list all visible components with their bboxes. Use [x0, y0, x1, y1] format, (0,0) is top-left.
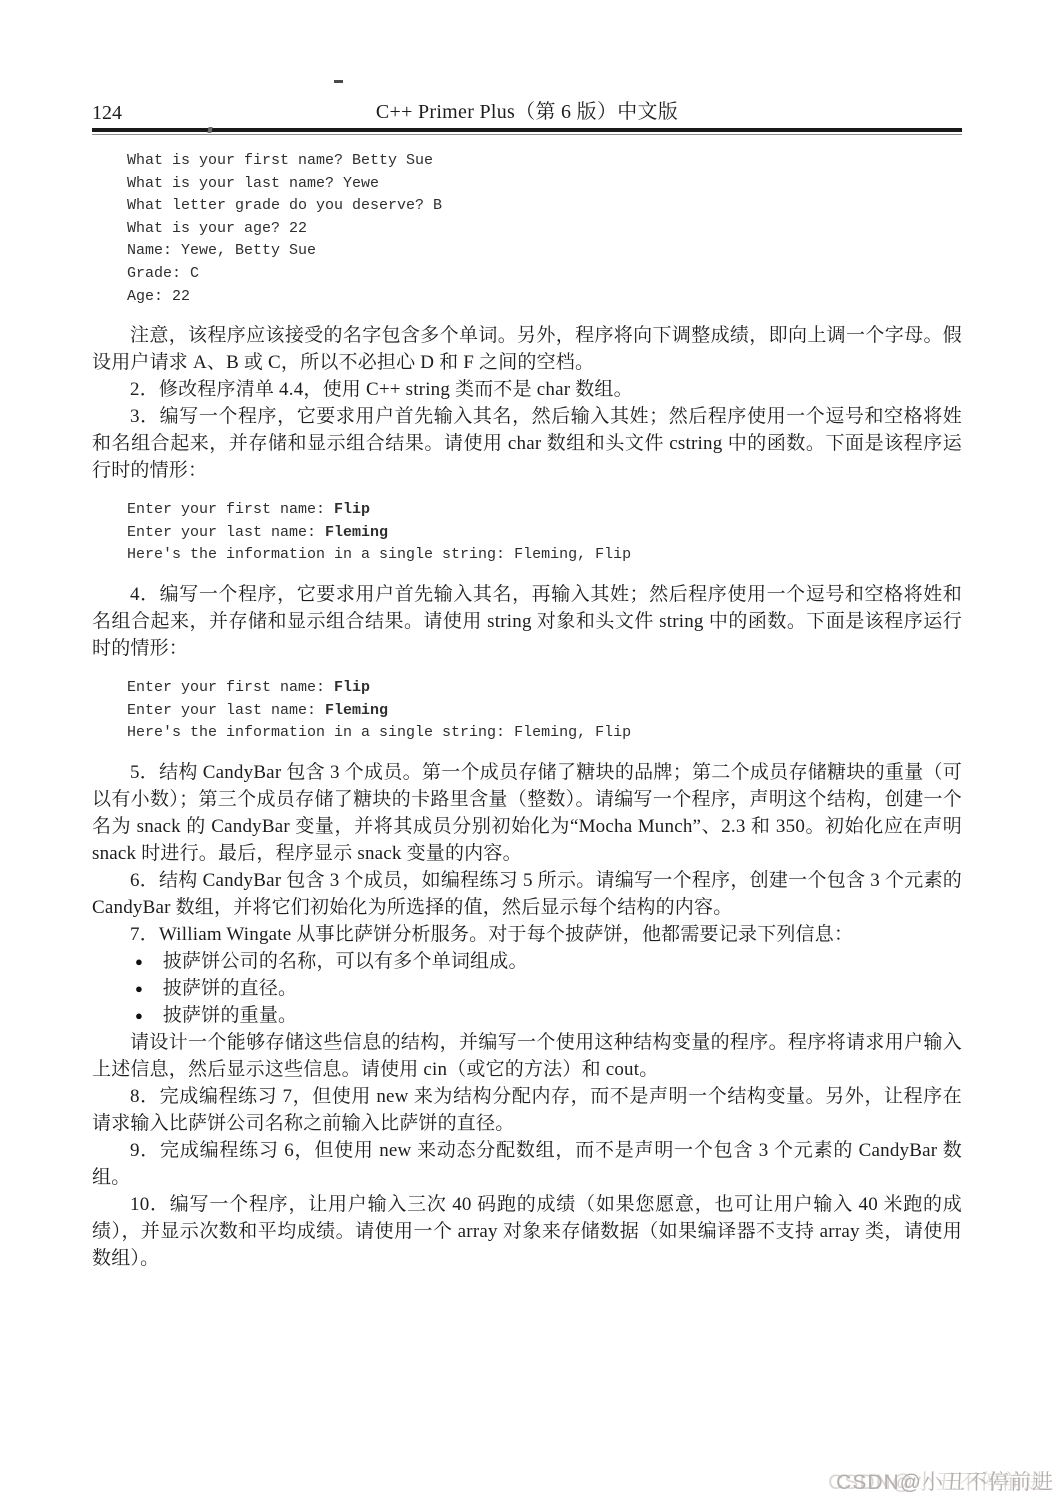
program-output-text: Enter your first name:: [127, 679, 334, 696]
exercise-5: 5．结构 CandyBar 包含 3 个成员。第一个成员存储了糖块的品牌；第二个…: [92, 759, 962, 867]
exercise-7: 7．William Wingate 从事比萨饼分析服务。对于每个披萨饼，他都需要…: [92, 921, 962, 948]
program-output-text: What letter grade do you deserve? B: [127, 197, 442, 214]
page-header-title: C++ Primer Plus（第 6 版）中文版: [92, 101, 962, 123]
exercise-9: 9．完成编程练习 6，但使用 new 来动态分配数组，而不是声明一个包含 3 个…: [92, 1137, 962, 1191]
bullet-label: 披萨饼的重量。: [163, 1002, 297, 1029]
code-line: Age: 22: [127, 286, 962, 309]
program-output-text: What is your last name? Yewe: [127, 175, 379, 192]
scan-artifact-dash: [334, 80, 343, 83]
book-page: 124 C++ Primer Plus（第 6 版）中文版 What is yo…: [0, 0, 1059, 1505]
code-line: Enter your last name: Fleming: [127, 522, 962, 545]
header-rule: [92, 128, 962, 135]
console-output-exercise-4: Enter your first name: FlipEnter your la…: [127, 677, 962, 745]
exercise-6: 6．结构 CandyBar 包含 3 个成员，如编程练习 5 所示。请编写一个程…: [92, 867, 962, 921]
program-output-text: What is your age? 22: [127, 220, 307, 237]
bullet-label: 披萨饼公司的名称，可以有多个单词组成。: [163, 948, 528, 975]
bullet-icon: ●: [135, 975, 143, 1002]
exercise-10: 10．编写一个程序，让用户输入三次 40 码跑的成绩（如果您愿意，也可让用户输入…: [92, 1191, 962, 1272]
code-line: Here's the information in a single strin…: [127, 722, 962, 745]
program-output-text: Age: 22: [127, 288, 190, 305]
code-line: What is your age? 22: [127, 218, 962, 241]
exercise-2: 2．修改程序清单 4.4，使用 C++ string 类而不是 char 数组。: [92, 376, 962, 403]
exercise-4: 4．编写一个程序，它要求用户首先输入其名，再输入其姓；然后程序使用一个逗号和空格…: [92, 581, 962, 662]
console-output-exercise-3: Enter your first name: FlipEnter your la…: [127, 499, 962, 567]
program-output-text: Enter your first name:: [127, 501, 334, 518]
bullet-icon: ●: [135, 1002, 143, 1029]
program-output-text: Here's the information in a single strin…: [127, 724, 631, 741]
program-output-text: What is your first name? Betty Sue: [127, 152, 433, 169]
program-output-text: Here's the information in a single strin…: [127, 546, 631, 563]
code-line: Here's the information in a single strin…: [127, 544, 962, 567]
code-line: Enter your first name: Flip: [127, 677, 962, 700]
page-number: 124: [92, 102, 122, 124]
user-input-text: Fleming: [325, 524, 388, 541]
code-line: Grade: C: [127, 263, 962, 286]
bullet-pizza-company: ●披萨饼公司的名称，可以有多个单词组成。: [135, 948, 962, 975]
program-output-text: Grade: C: [127, 265, 199, 282]
exercise-3: 3．编写一个程序，它要求用户首先输入其名，然后输入其姓；然后程序使用一个逗号和空…: [92, 403, 962, 484]
code-line: Name: Yewe, Betty Sue: [127, 240, 962, 263]
console-output-listing-4-4: What is your first name? Betty SueWhat i…: [127, 150, 962, 308]
user-input-text: Flip: [334, 501, 370, 518]
bullet-label: 披萨饼的直径。: [163, 975, 297, 1002]
program-output-text: Enter your last name:: [127, 524, 325, 541]
note-paragraph: 注意，该程序应该接受的名字包含多个单词。另外，程序将向下调整成绩，即向上调一个字…: [92, 322, 962, 376]
bullet-pizza-diameter: ●披萨饼的直径。: [135, 975, 962, 1002]
code-line: What letter grade do you deserve? B: [127, 195, 962, 218]
bullet-pizza-weight: ●披萨饼的重量。: [135, 1002, 962, 1029]
program-output-text: Enter your last name:: [127, 702, 325, 719]
csdn-watermark: CSDN@小丑不停前进: [836, 1466, 1054, 1496]
bullet-icon: ●: [135, 948, 143, 975]
page-body: What is your first name? Betty SueWhat i…: [92, 150, 962, 1272]
program-output-text: Name: Yewe, Betty Sue: [127, 242, 316, 259]
user-input-text: Flip: [334, 679, 370, 696]
page-header: 124 C++ Primer Plus（第 6 版）中文版: [92, 101, 962, 125]
exercise-8: 8．完成编程练习 7，但使用 new 来为结构分配内存，而不是声明一个结构变量。…: [92, 1083, 962, 1137]
code-line: Enter your first name: Flip: [127, 499, 962, 522]
user-input-text: Fleming: [325, 702, 388, 719]
exercise-7-continued: 请设计一个能够存储这些信息的结构，并编写一个使用这种结构变量的程序。程序将请求用…: [92, 1029, 962, 1083]
code-line: What is your last name? Yewe: [127, 173, 962, 196]
code-line: What is your first name? Betty Sue: [127, 150, 962, 173]
code-line: Enter your last name: Fleming: [127, 700, 962, 723]
